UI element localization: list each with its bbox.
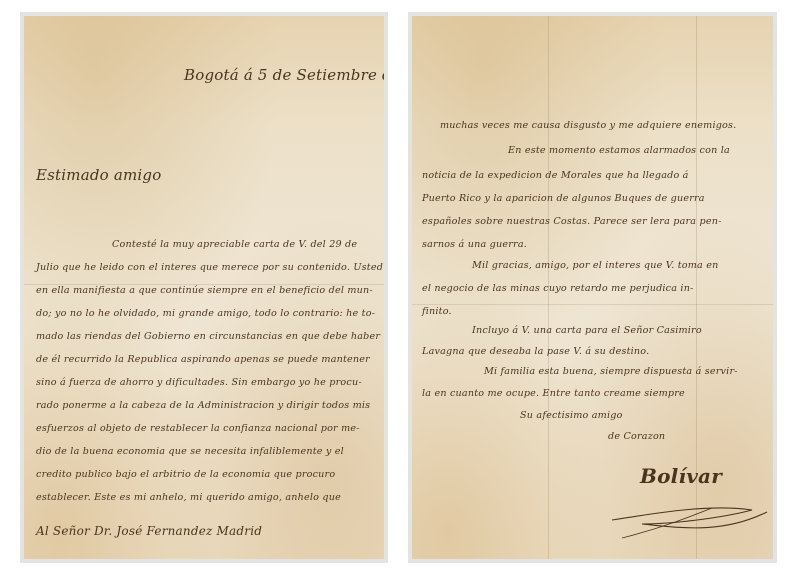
body-line: Incluyo á V. una carta para el Señor Cas… [472, 325, 702, 336]
body-line: españoles sobre nuestras Costas. Parece … [422, 216, 722, 227]
body-line: en ella manifiesta a que continúe siempr… [36, 285, 373, 296]
body-line: esfuerzos al objeto de restablecer la co… [36, 423, 360, 434]
body-line: Mi familia esta buena, siempre dispuesta… [484, 366, 738, 377]
fold-line [412, 304, 773, 305]
body-line: sino á fuerza de ahorro y dificultades. … [36, 377, 362, 388]
body-line: rado ponerme a la cabeza de la Administr… [36, 400, 370, 411]
body-line: Puerto Rico y la aparicion de algunos Bu… [422, 193, 705, 204]
signature: Bolívar [640, 464, 722, 488]
place-date: Bogotá á 5 de Setiembre de 1827 [184, 66, 388, 84]
body-line: establecer. Este es mi anhelo, mi querid… [36, 492, 341, 503]
body-line: Contesté la muy apreciable carta de V. d… [112, 239, 357, 250]
salutation: Estimado amigo [36, 166, 161, 184]
closing-line: Su afectisimo amigo [520, 410, 623, 421]
body-line: el negocio de las minas cuyo retardo me … [422, 283, 694, 294]
closing-line: de Corazon [608, 431, 665, 442]
body-line: la en cuanto me ocupe. Entre tanto cream… [422, 388, 685, 399]
body-line: dio de la buena economia que se necesita… [36, 446, 344, 457]
letter-page-right: muchas veces me causa disgusto y me adqu… [408, 12, 777, 563]
body-line: Mil gracias, amigo, por el interes que V… [472, 260, 718, 271]
body-line: finito. [422, 306, 452, 317]
body-line: do; yo no lo he olvidado, mi grande amig… [36, 308, 375, 319]
body-line: En este momento estamos alarmados con la [508, 145, 730, 156]
body-line: noticia de la expedicion de Morales que … [422, 170, 689, 181]
body-line: sarnos á una guerra. [422, 239, 527, 250]
body-line: credito publico bajo el arbitrio de la e… [36, 469, 335, 480]
body-line: mado las riendas del Gobierno en circuns… [36, 331, 380, 342]
body-line: Julio que he leido con el interes que me… [36, 262, 383, 273]
signature-flourish-icon [602, 494, 772, 554]
body-line: Lavagna que deseaba la pase V. á su dest… [422, 346, 649, 357]
addressee: Al Señor Dr. José Fernandez Madrid [36, 524, 262, 538]
letter-page-left: Bogotá á 5 de Setiembre de 1827 Estimado… [20, 12, 388, 563]
body-line: de él recurrido la Republica aspirando a… [36, 354, 370, 365]
body-line: muchas veces me causa disgusto y me adqu… [440, 120, 736, 131]
